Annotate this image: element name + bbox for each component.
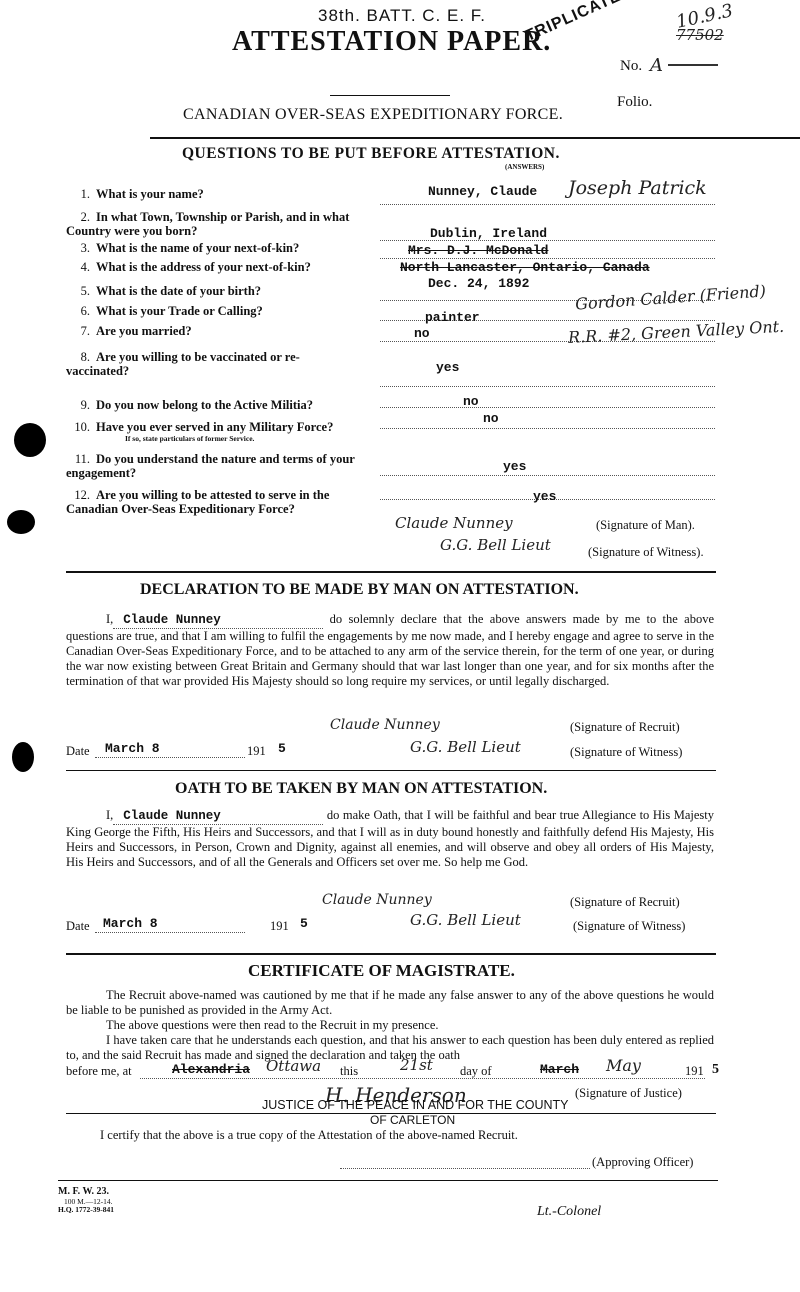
hq-code: H.Q. 1772-39-841 (58, 1205, 114, 1214)
declaration-witness-signature-label: (Signature of Witness) (570, 745, 682, 760)
answer-line (380, 475, 715, 476)
folio-label: Folio. (617, 94, 652, 111)
magistrate-year-prefix: 191 (685, 1064, 704, 1079)
question-7: 7.Are you married? (66, 324, 376, 338)
lt-colonel-label: Lt.-Colonel (537, 1204, 601, 1220)
signature-of-witness: G.G. Bell Lieut (440, 536, 551, 554)
punch-hole (12, 742, 34, 772)
document-title: ATTESTATION PAPER. (232, 26, 551, 58)
answer-12: yes (533, 489, 556, 504)
triplicate-copy-stamp: TRIPLICATE COPY (523, 0, 675, 46)
oath-year-suffix: 5 (300, 916, 308, 931)
form-code: M. F. W. 23. (58, 1186, 109, 1197)
answer-4-struck: North Lancaster, Ontario, Canada (400, 260, 650, 275)
answer-line (380, 386, 715, 387)
struck-number: 77502 (676, 26, 724, 44)
question-3: 3.What is the name of your next-of-kin? (66, 241, 376, 255)
magistrate-year-suffix: 5 (712, 1062, 719, 1078)
answer-9: no (463, 394, 479, 409)
declaration-witness-signature: G.G. Bell Lieut (410, 738, 521, 756)
struck-regimental-number (668, 64, 718, 66)
answer-1-handwritten: Joseph Patrick (568, 177, 707, 199)
question-8: 8.Are you willing to be vaccinated or re… (66, 350, 356, 378)
question-9: 9.Do you now belong to the Active Militi… (66, 398, 376, 412)
justice-signature-label: (Signature of Justice) (575, 1086, 682, 1101)
oath-witness-signature-label: (Signature of Witness) (573, 919, 685, 934)
declaration-year-suffix: 5 (278, 741, 286, 756)
month-struck: March (540, 1062, 579, 1077)
month-handwritten: May (606, 1056, 641, 1075)
question-6: 6.What is your Trade or Calling? (66, 304, 376, 318)
answer-7: no (414, 326, 430, 341)
document-subtitle: CANADIAN OVER-SEAS EXPEDITIONARY FORCE. (183, 106, 563, 124)
signature-of-man-label: (Signature of Man). (596, 518, 695, 533)
section-divider (66, 770, 716, 771)
declaration-recruit-signature-label: (Signature of Recruit) (570, 720, 680, 735)
section-divider (150, 137, 800, 139)
signature-of-man: Claude Nunney (395, 514, 513, 532)
question-11: 11.Do you understand the nature and term… (66, 452, 366, 480)
justice-stamp-line-2: OF CARLETON (370, 1113, 455, 1127)
question-1: 1.What is your name? (66, 187, 376, 201)
day-value: 21st (400, 1056, 433, 1074)
oath-heading: OATH TO BE TAKEN BY MAN ON ATTESTATION. (175, 780, 547, 798)
place-handwritten: Ottawa (266, 1057, 321, 1075)
answer-line (380, 258, 715, 259)
declaration-name: Claude Nunney (113, 613, 323, 629)
declaration-date-label: Date (66, 744, 90, 759)
oath-body: I,Claude Nunney do make Oath, that I wil… (66, 808, 714, 870)
question-10: 10.Have you ever served in any Military … (66, 420, 376, 434)
magistrate-para-2: The above questions were then read to th… (66, 1018, 714, 1033)
battalion-label: 38th. BATT. C. E. F. (318, 6, 486, 26)
justice-stamp-line-1: JUSTICE OF THE PEACE IN AND FOR THE COUN… (262, 1098, 569, 1112)
answer-line (380, 428, 715, 429)
magistrate-heading: CERTIFICATE OF MAGISTRATE. (248, 961, 515, 981)
question-5: 5.What is the date of your birth? (66, 284, 376, 298)
place-struck: Alexandria (172, 1062, 250, 1077)
questions-heading: QUESTIONS TO BE PUT BEFORE ATTESTATION. (182, 145, 560, 163)
declaration-date-value: March 8 (105, 741, 160, 756)
regimental-number-label: No. (620, 58, 642, 75)
oath-year-prefix: 191 (270, 919, 289, 934)
question-10-note: If so, state particulars of former Servi… (125, 434, 254, 443)
declaration-heading: DECLARATION TO BE MADE BY MAN ON ATTESTA… (140, 581, 579, 599)
answer-1: Nunney, Claude (428, 184, 537, 199)
oath-date-label: Date (66, 919, 90, 934)
before-me-label: before me, at (66, 1064, 132, 1079)
this-label: this (340, 1064, 358, 1079)
section-divider (66, 571, 716, 573)
title-underline (330, 95, 450, 96)
declaration-year-prefix: 191 (247, 744, 266, 759)
question-2: 2.In what Town, Township or Parish, and … (66, 210, 376, 238)
question-4: 4.What is the address of your next-of-ki… (66, 260, 376, 274)
answer-2: Dublin, Ireland (430, 226, 547, 241)
regimental-number-value: A (650, 55, 663, 76)
punch-hole (14, 423, 46, 457)
oath-recruit-signature: Claude Nunney (322, 892, 432, 908)
answer-3-handwritten: Gordon Calder (Friend) (574, 277, 795, 316)
oath-name: Claude Nunney (113, 809, 323, 825)
magistrate-para-1: The Recruit above-named was cautioned by… (66, 988, 714, 1018)
signature-of-witness-label: (Signature of Witness). (588, 545, 704, 560)
answer-5: Dec. 24, 1892 (428, 276, 529, 291)
certification-text: I certify that the above is a true copy … (100, 1128, 518, 1143)
day-of-label: day of (460, 1064, 492, 1079)
approving-officer-label: (Approving Officer) (592, 1155, 693, 1170)
answer-11: yes (503, 459, 526, 474)
date-line (95, 757, 245, 758)
answer-10: no (483, 411, 499, 426)
date-line (95, 932, 245, 933)
oath-recruit-signature-label: (Signature of Recruit) (570, 895, 680, 910)
answer-8: yes (436, 360, 459, 375)
answer-6: painter (425, 310, 480, 325)
magistrate-date-line (140, 1078, 705, 1079)
approving-officer-line (340, 1168, 590, 1169)
answer-line (380, 204, 715, 205)
section-divider (58, 1180, 718, 1181)
oath-date-value: March 8 (103, 916, 158, 931)
question-12: 12.Are you willing to be attested to ser… (66, 488, 376, 516)
declaration-body: I,Claude Nunney do solemnly declare that… (66, 612, 714, 689)
declaration-recruit-signature: Claude Nunney (330, 717, 440, 733)
oath-witness-signature: G.G. Bell Lieut (410, 911, 521, 929)
answer-3-struck: Mrs. D.J. McDonald (408, 243, 548, 258)
section-divider (66, 953, 716, 955)
punch-hole (7, 510, 35, 534)
answer-line (380, 407, 715, 408)
answers-label: (ANSWERS) (505, 163, 544, 171)
